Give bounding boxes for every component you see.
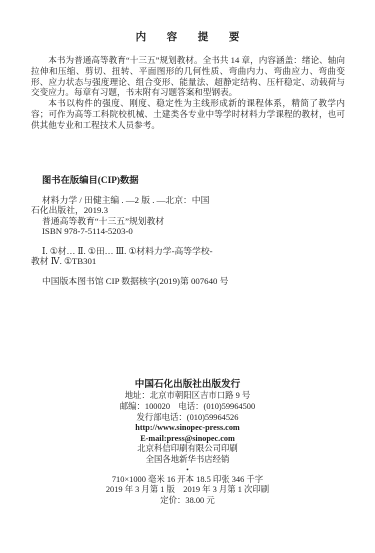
cip-heading: 图书在版编目(CIP)数据 [31,176,345,186]
publisher-name: 中国石化出版社出版发行 [0,380,375,391]
cip-class-line-1: Ⅰ. ①材… Ⅱ. ①田… Ⅲ. ①材料力学-高等学校- [31,246,345,256]
printer-name: 北京科信印刷有限公司印刷 [0,444,375,455]
summary-title: 内 容 提 要 [0,29,375,44]
copyright-page: 内 容 提 要 本书为普通高等教育“十三五”规划教材。全书共 14 章，内容涵盖… [0,0,375,553]
cip-class-line-2: 教材 Ⅳ. ①TB301 [31,256,345,266]
distributor-name: 全国各地新华书店经销 [0,455,375,466]
cip-title-line-2: 石化出版社，2019.3 [31,205,345,215]
distribution-phone: 发行部电话：(010)59964526 [0,413,375,424]
publisher-address: 地址：北京市朝阳区吉市口路 9 号 [0,391,375,402]
publisher-email: E-mail:press@sinopec.com [0,434,375,445]
separator-dot: • [0,466,375,475]
cip-series-line: 普通高等教育“十三五”规划教材 [31,216,345,226]
colophon: 中国石化出版社出版发行 地址：北京市朝阳区吉市口路 9 号 邮编：100020 … [0,380,375,507]
cip-title-block: 材料力学 / 田健主编 . —2 版 . —北京：中国 石化出版社，2019.3… [31,195,345,237]
cip-section: 图书在版编目(CIP)数据 材料力学 / 田健主编 . —2 版 . —北京：中… [31,176,345,287]
edition-printing-line: 2019 年 3 月第 1 版 2019 年 3 月第 1 次印刷 [0,485,375,496]
summary-paragraph-1: 本书为普通高等教育“十三五”规划教材。全书共 14 章，内容涵盖：绪论、轴向拉伸… [31,55,345,98]
cip-record-number: 中国版本图书馆 CIP 数据核字(2019)第 007640 号 [31,276,345,286]
publisher-website: http://www.sinopec-press.com [0,423,375,434]
price-line: 定价：38.00 元 [0,496,375,507]
postal-code-and-phone: 邮编：100020 电话：(010)59964500 [0,402,375,413]
book-format-line: 710×1000 毫米 16 开本 18.5 印张 346 千字 [0,475,375,486]
cip-title-line-1: 材料力学 / 田健主编 . —2 版 . —北京：中国 [31,195,345,205]
summary-paragraph-2: 本书以构件的强度、刚度、稳定性为主线形成新的课程体系，精简了教学内容；可作为高等… [31,98,345,130]
cip-classification-block: Ⅰ. ①材… Ⅱ. ①田… Ⅲ. ①材料力学-高等学校- 教材 Ⅳ. ①TB30… [31,246,345,267]
summary-body: 本书为普通高等教育“十三五”规划教材。全书共 14 章，内容涵盖：绪论、轴向拉伸… [31,55,345,131]
cip-isbn: ISBN 978-7-5114-5203-0 [31,226,345,236]
